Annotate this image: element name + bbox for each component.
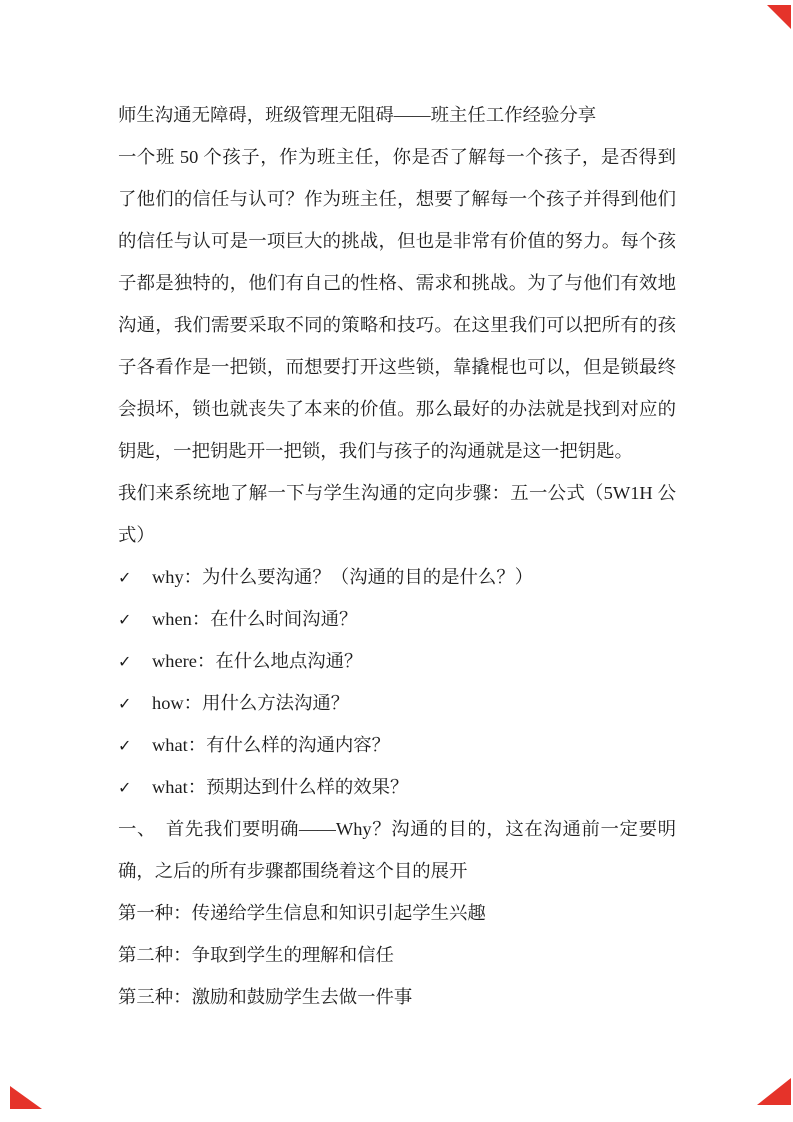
text-line: 了他们的信任与认可？作为班主任，想要了解每一个孩子并得到他们 <box>118 178 676 220</box>
checkmark-icon: ✓ <box>118 641 152 683</box>
checkmark-icon: ✓ <box>118 683 152 725</box>
checklist-item-text: what：有什么样的沟通内容？ <box>152 735 390 755</box>
corner-mark-bottom-left <box>10 1086 42 1109</box>
text-line: 子都是独特的，他们有自己的性格、需求和挑战。为了与他们有效地 <box>118 262 676 304</box>
corner-mark-top-right <box>767 5 791 29</box>
paragraph-formula: 我们来系统地了解一下与学生沟通的定向步骤：五一公式（5W1H 公 式） <box>118 472 676 556</box>
checkmark-icon: ✓ <box>118 725 152 767</box>
checklist-item-text: how：用什么方法沟通？ <box>152 693 349 713</box>
checklist-item-text: why：为什么要沟通？（沟通的目的是什么？） <box>152 567 533 587</box>
text-body: 师生沟通无障碍，班级管理无阻碍——班主任工作经验分享 一个班 50 个孩子，作为… <box>118 94 676 1018</box>
checklist-item-text: what：预期达到什么样的效果？ <box>152 777 408 797</box>
text-line: 式） <box>118 514 676 556</box>
text-line: 钥匙，一把钥匙开一把锁，我们与孩子的沟通就是这一把钥匙。 <box>118 430 676 472</box>
checklist-item: ✓when：在什么时间沟通？ <box>118 598 676 640</box>
checklist-item: ✓what：有什么样的沟通内容？ <box>118 724 676 766</box>
section-why: 一、 首先我们要明确——Why？沟通的目的，这在沟通前一定要明 确，之后的所有步… <box>118 808 676 892</box>
text-line: 我们来系统地了解一下与学生沟通的定向步骤：五一公式（5W1H 公 <box>118 472 676 514</box>
checklist-item: ✓what：预期达到什么样的效果？ <box>118 766 676 808</box>
text-line: 一个班 50 个孩子，作为班主任，你是否了解每一个孩子，是否得到 <box>118 136 676 178</box>
text-line: 沟通，我们需要采取不同的策略和技巧。在这里我们可以把所有的孩 <box>118 304 676 346</box>
text-line: 会损坏，锁也就丧失了本来的价值。那么最好的办法就是找到对应的 <box>118 388 676 430</box>
checklist-item-text: where：在什么地点沟通？ <box>152 651 362 671</box>
kinds-list: 第一种：传递给学生信息和知识引起学生兴趣 第二种：争取到学生的理解和信任 第三种… <box>118 892 676 1018</box>
page-title: 师生沟通无障碍，班级管理无阻碍——班主任工作经验分享 <box>118 94 676 136</box>
checklist-item: ✓why：为什么要沟通？（沟通的目的是什么？） <box>118 556 676 598</box>
text-line: 的信任与认可是一项巨大的挑战，但也是非常有价值的努力。每个孩 <box>118 220 676 262</box>
kind-line: 第二种：争取到学生的理解和信任 <box>118 934 676 976</box>
checklist-item: ✓where：在什么地点沟通？ <box>118 640 676 682</box>
kind-line: 第三种：激励和鼓励学生去做一件事 <box>118 976 676 1018</box>
section-heading: 一、 首先我们要明确——Why？沟通的目的，这在沟通前一定要明 <box>118 808 676 850</box>
text-line: 子各看作是一把锁，而想要打开这些锁，靠撬棍也可以，但是锁最终 <box>118 346 676 388</box>
checkmark-icon: ✓ <box>118 767 152 809</box>
checkmark-icon: ✓ <box>118 557 152 599</box>
kind-line: 第一种：传递给学生信息和知识引起学生兴趣 <box>118 892 676 934</box>
paragraph-intro: 一个班 50 个孩子，作为班主任，你是否了解每一个孩子，是否得到 了他们的信任与… <box>118 136 676 472</box>
document-page: 师生沟通无障碍，班级管理无阻碍——班主任工作经验分享 一个班 50 个孩子，作为… <box>0 0 793 1122</box>
text-line: 确，之后的所有步骤都围绕着这个目的展开 <box>118 850 676 892</box>
corner-mark-bottom-right <box>757 1078 791 1105</box>
checklist-item: ✓how：用什么方法沟通？ <box>118 682 676 724</box>
checkmark-icon: ✓ <box>118 599 152 641</box>
checklist: ✓why：为什么要沟通？（沟通的目的是什么？） ✓when：在什么时间沟通？ ✓… <box>118 556 676 808</box>
checklist-item-text: when：在什么时间沟通？ <box>152 609 357 629</box>
